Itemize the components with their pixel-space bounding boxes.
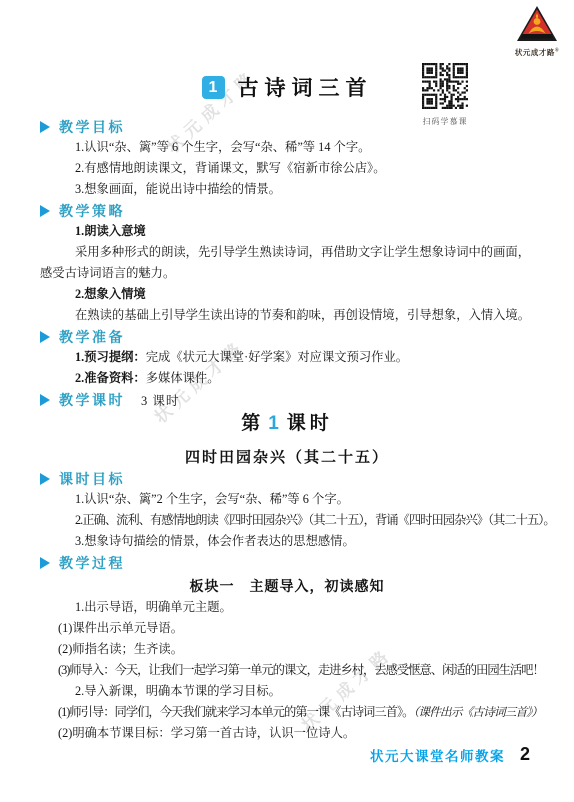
section-marker-icon — [40, 473, 50, 485]
strategy-paragraph: 采用多种形式的朗读，先引导学生熟读诗词，再借助文字让学生想象诗词中的画面，感受古… — [40, 242, 534, 284]
session-heading: 第1课时 — [40, 412, 534, 436]
strategy-subtitle: 1.朗读入意境 — [40, 221, 534, 242]
objective-item: 3.想象诗句描绘的情景，体会作者表达的思想感情。 — [40, 531, 534, 552]
process-step: (1)师引导：同学们，今天我们就来学习本单元的第一课《古诗词三首》。（课件出示《… — [40, 702, 534, 723]
section-header-objectives: 课时目标 — [40, 468, 534, 489]
session-number: 1 — [264, 413, 287, 434]
prep-item-label: 1.预习提纲： — [75, 350, 146, 364]
prep-item: 2.准备资料：多媒体课件。 — [40, 368, 534, 389]
process-step: 1.出示导语，明确单元主题。 — [40, 597, 534, 618]
process-step: (3)师导入：今天，让我们一起学习第一单元的课文，走进乡村，去感受惬意、闲适的田… — [40, 660, 534, 681]
strategy-paragraph: 在熟读的基础上引导学生读出诗的节奏和韵味，再创设情境，引导想象，入情入境。 — [40, 305, 534, 326]
footer-brand: 状元大课堂名师教案 — [370, 745, 505, 765]
section-header-process: 教学过程 — [40, 552, 534, 573]
process-step: 2.导入新课，明确本节课的学习目标。 — [40, 681, 534, 702]
process-step: (2)明确本节课目标：学习第一首古诗，认识一位诗人。 — [40, 723, 534, 744]
section-marker-icon — [40, 121, 50, 133]
process-step: (2)师指名读；生齐读。 — [40, 639, 534, 660]
strategy-subtitle: 2.想象入情境 — [40, 284, 534, 305]
section-title: 教学目标 — [59, 117, 125, 137]
section-title: 教学准备 — [59, 327, 125, 347]
prep-item-label: 2.准备资料： — [75, 371, 146, 385]
process-step-text: (1)师引导：同学们，今天我们就来学习本单元的第一课《古诗词三首》。 — [58, 705, 413, 719]
session-heading-prefix: 第 — [241, 413, 264, 434]
goal-item: 3.想象画面，能说出诗中描绘的情景。 — [40, 179, 534, 200]
prep-item: 1.预习提纲：完成《状元大课堂·好学案》对应课文预习作业。 — [40, 347, 534, 368]
poem-title: 四时田园杂兴（其二十五） — [40, 448, 534, 468]
objective-item: 2.正确、流利、有感情地朗读《四时田园杂兴》（其二十五），背诵《四时田园杂兴》（… — [40, 510, 534, 531]
prep-item-text: 完成《状元大课堂·好学案》对应课文预习作业。 — [146, 350, 408, 364]
page-content: 1 古诗词三首 教学目标 1.认识“杂、篱”等 6 个生字，会写“杂、稀”等 1… — [40, 0, 534, 744]
teaching-plan-page: 状元成才路 状元成才路 状元成才路 状元成才路® 扫码学慕课 1 — [0, 0, 574, 802]
process-step: (1)课件出示单元导语。 — [40, 618, 534, 639]
objective-item: 1.认识“杂、篱”2 个生字，会写“杂、稀”等 6 个字。 — [40, 489, 534, 510]
prep-item-text: 多媒体课件。 — [146, 371, 220, 385]
page-number: 2 — [520, 744, 530, 765]
section-header-periods: 教学课时 3 课时 — [40, 389, 534, 410]
section-title: 教学策略 — [59, 201, 125, 221]
process-block-title: 板块一 主题导入，初读感知 — [40, 576, 534, 597]
lesson-title-row: 1 古诗词三首 — [40, 74, 534, 100]
page-footer: 状元大课堂名师教案 2 — [370, 744, 530, 765]
section-marker-icon — [40, 205, 50, 217]
section-title: 教学课时 — [59, 390, 125, 410]
section-marker-icon — [40, 331, 50, 343]
section-header-strategy: 教学策略 — [40, 200, 534, 221]
periods-value: 3 课时 — [141, 391, 179, 409]
lesson-number-badge: 1 — [202, 76, 225, 99]
process-step-note: （课件出示《古诗词三首》） — [413, 705, 542, 719]
registered-mark: ® — [555, 49, 559, 54]
section-title: 教学过程 — [59, 553, 125, 573]
section-header-prep: 教学准备 — [40, 326, 534, 347]
section-marker-icon — [40, 394, 50, 406]
goal-item: 2.有感情地朗读课文，背诵课文，默写《宿新市徐公店》。 — [40, 158, 534, 179]
session-heading-suffix: 课时 — [287, 413, 333, 434]
goal-item: 1.认识“杂、篱”等 6 个生字，会写“杂、稀”等 14 个字。 — [40, 137, 534, 158]
page-title: 古诗词三首 — [238, 72, 373, 102]
section-title: 课时目标 — [59, 469, 125, 489]
section-header-goals: 教学目标 — [40, 116, 534, 137]
section-marker-icon — [40, 557, 50, 569]
